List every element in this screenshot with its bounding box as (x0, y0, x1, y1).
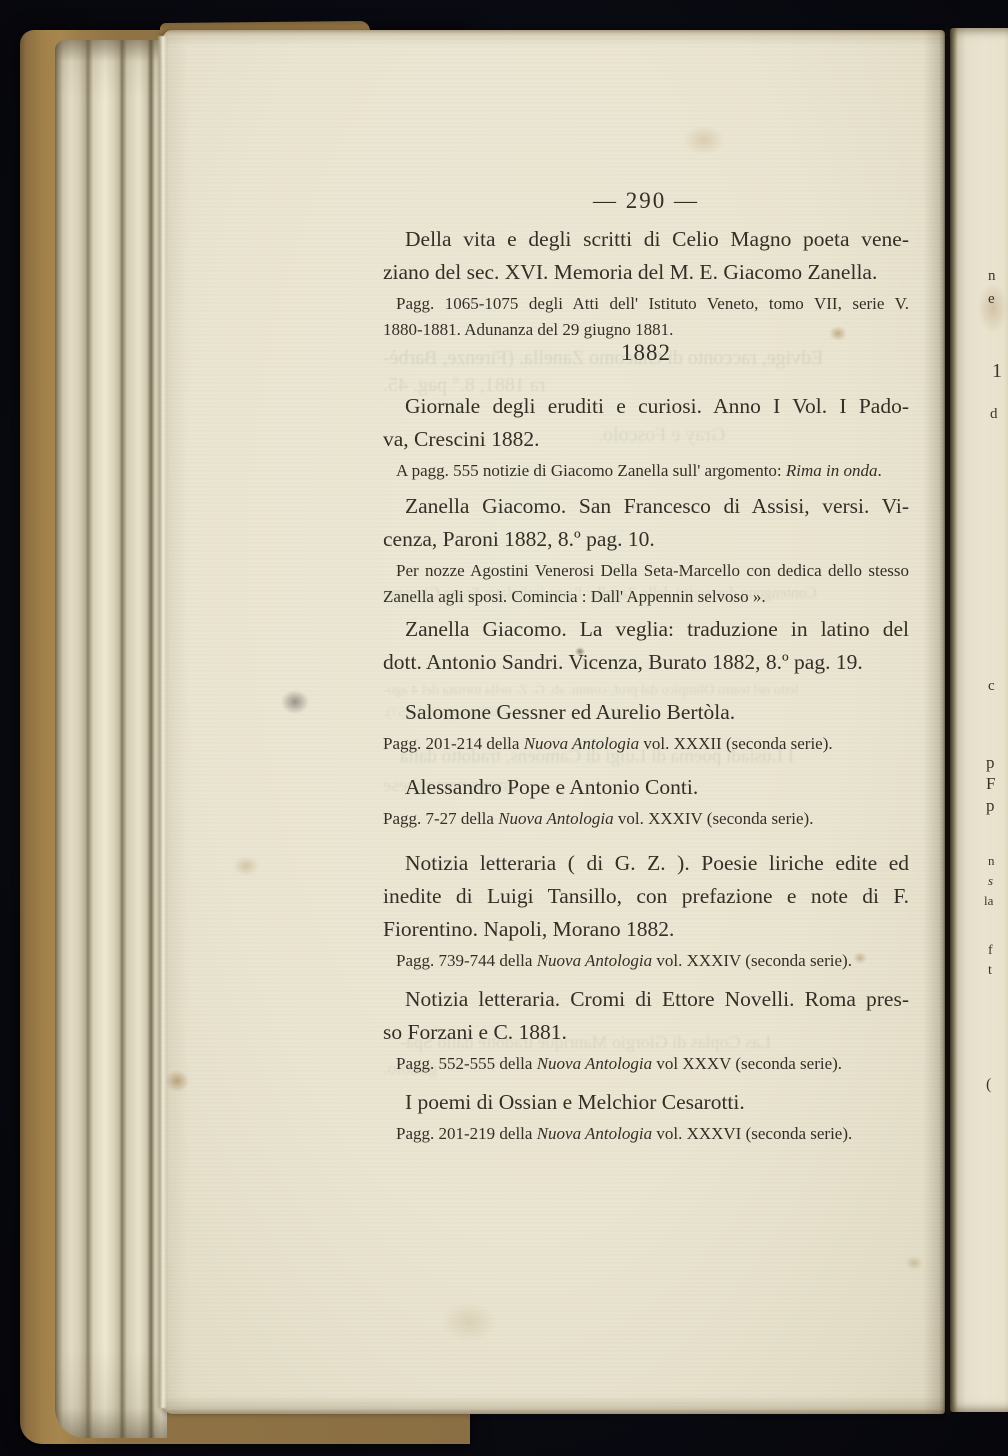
scanned-book-page: Edvige, racconto di Giacomo Zanella. (Fi… (0, 0, 1008, 1456)
entry-title-line: dott. Antonio Sandri. Vicenza, Burato 18… (383, 646, 909, 679)
bibliography-entry: Notizia letteraria. Cromi di Ettore Nove… (383, 983, 909, 1077)
deckle-edge (157, 36, 167, 1408)
bibliography-entry: Della vita e degli scritti di Celio Magn… (383, 223, 909, 343)
entry-title-line: Zanella Giacomo. San Francesco di Assisi… (383, 490, 909, 523)
entry-title-line: Zanella Giacomo. La veglia: traduzione i… (383, 613, 909, 646)
page-edge-text-fragment: f (988, 943, 993, 959)
entry-title-line: Fiorentino. Napoli, Morano 1882. (383, 913, 909, 946)
page-edge-text-fragment: n (988, 853, 995, 869)
page-stack-edges (55, 40, 167, 1438)
entry-title-line: I poemi di Ossian e Melchior Cesarotti. (383, 1086, 909, 1119)
entry-title-line: ziano del sec. XVI. Memoria del M. E. Gi… (383, 256, 909, 289)
bibliography-entry: Zanella Giacomo. La veglia: traduzione i… (383, 613, 909, 679)
stain (441, 1302, 497, 1342)
page-edge-text-fragment: c (988, 678, 995, 695)
page-edge-text-fragment: p (986, 753, 995, 773)
stain (233, 856, 259, 876)
stain (683, 125, 725, 155)
bibliography-entry: I poemi di Ossian e Melchior Cesarotti. … (383, 1086, 909, 1147)
year-heading: 1882 (383, 340, 909, 366)
bibliography-entry: Giornale degli eruditi e curiosi. Anno I… (383, 390, 909, 484)
stain (905, 1256, 923, 1270)
entry-note: Pagg. 739-744 della Nuova Antologia vol.… (383, 948, 909, 974)
entry-note: Per nozze Agostini Venerosi Della Seta-M… (383, 558, 909, 610)
entry-note: A pagg. 555 notizie di Giacomo Zanella s… (383, 458, 909, 484)
entry-title-line: va, Crescini 1882. (383, 423, 909, 456)
bibliography-entry: Notizia letteraria ( di G. Z. ). Poesie … (383, 847, 909, 974)
page-edge-text-fragment: la (984, 893, 993, 909)
entry-note: Pagg. 201-219 della Nuova Antologia vol.… (383, 1121, 909, 1147)
next-page-edge: n e 1 d c p F p n s la f t ( (950, 28, 1008, 1412)
entry-title-line: cenza, Paroni 1882, 8.º pag. 10. (383, 523, 909, 556)
bibliography-entry: Alessandro Pope e Antonio Conti. Pagg. 7… (383, 771, 909, 832)
bibliography-entry: Salomone Gessner ed Aurelio Bertòla. Pag… (383, 696, 909, 757)
entry-note: Pagg. 1065-1075 degli Atti dell' Istitut… (383, 291, 909, 343)
entry-title-line: Della vita e degli scritti di Celio Magn… (383, 223, 909, 256)
entry-title-line: Salomone Gessner ed Aurelio Bertòla. (383, 696, 909, 729)
page-edge-text-fragment: 1 (992, 360, 1002, 383)
entry-title-line: Notizia letteraria. Cromi di Ettore Nove… (383, 983, 909, 1016)
entry-title-line: inedite di Luigi Tansillo, con prefazion… (383, 880, 909, 913)
page-edge-text-fragment: ( (986, 1076, 991, 1094)
entry-title-line: Notizia letteraria ( di G. Z. ). Poesie … (383, 847, 909, 880)
page-edge-text-fragment: t (988, 963, 992, 979)
entry-title-line: Alessandro Pope e Antonio Conti. (383, 771, 909, 804)
page-edge-text-fragment: d (990, 406, 998, 423)
book-page: Edvige, racconto di Giacomo Zanella. (Fi… (163, 30, 945, 1414)
stain (281, 690, 309, 714)
entry-title-line: Giornale degli eruditi e curiosi. Anno I… (383, 390, 909, 423)
page-edge-text-fragment: n (988, 268, 996, 285)
stain (165, 1070, 189, 1092)
entry-note: Pagg. 7-27 della Nuova Antologia vol. XX… (383, 806, 909, 832)
entry-note: Pagg. 201-214 della Nuova Antologia vol.… (383, 731, 909, 757)
entry-note: Pagg. 552-555 della Nuova Antologia vol … (383, 1051, 909, 1077)
page-edge-text-fragment: s (988, 873, 993, 889)
page-edge-text-fragment: p (986, 796, 995, 816)
bibliography-entry: Zanella Giacomo. San Francesco di Assisi… (383, 490, 909, 610)
page-edge-text-fragment: F (986, 774, 995, 794)
page-number-header: — 290 — (383, 188, 909, 214)
page-edge-text-fragment: e (988, 291, 995, 308)
entry-title-line: so Forzani e C. 1881. (383, 1016, 909, 1049)
